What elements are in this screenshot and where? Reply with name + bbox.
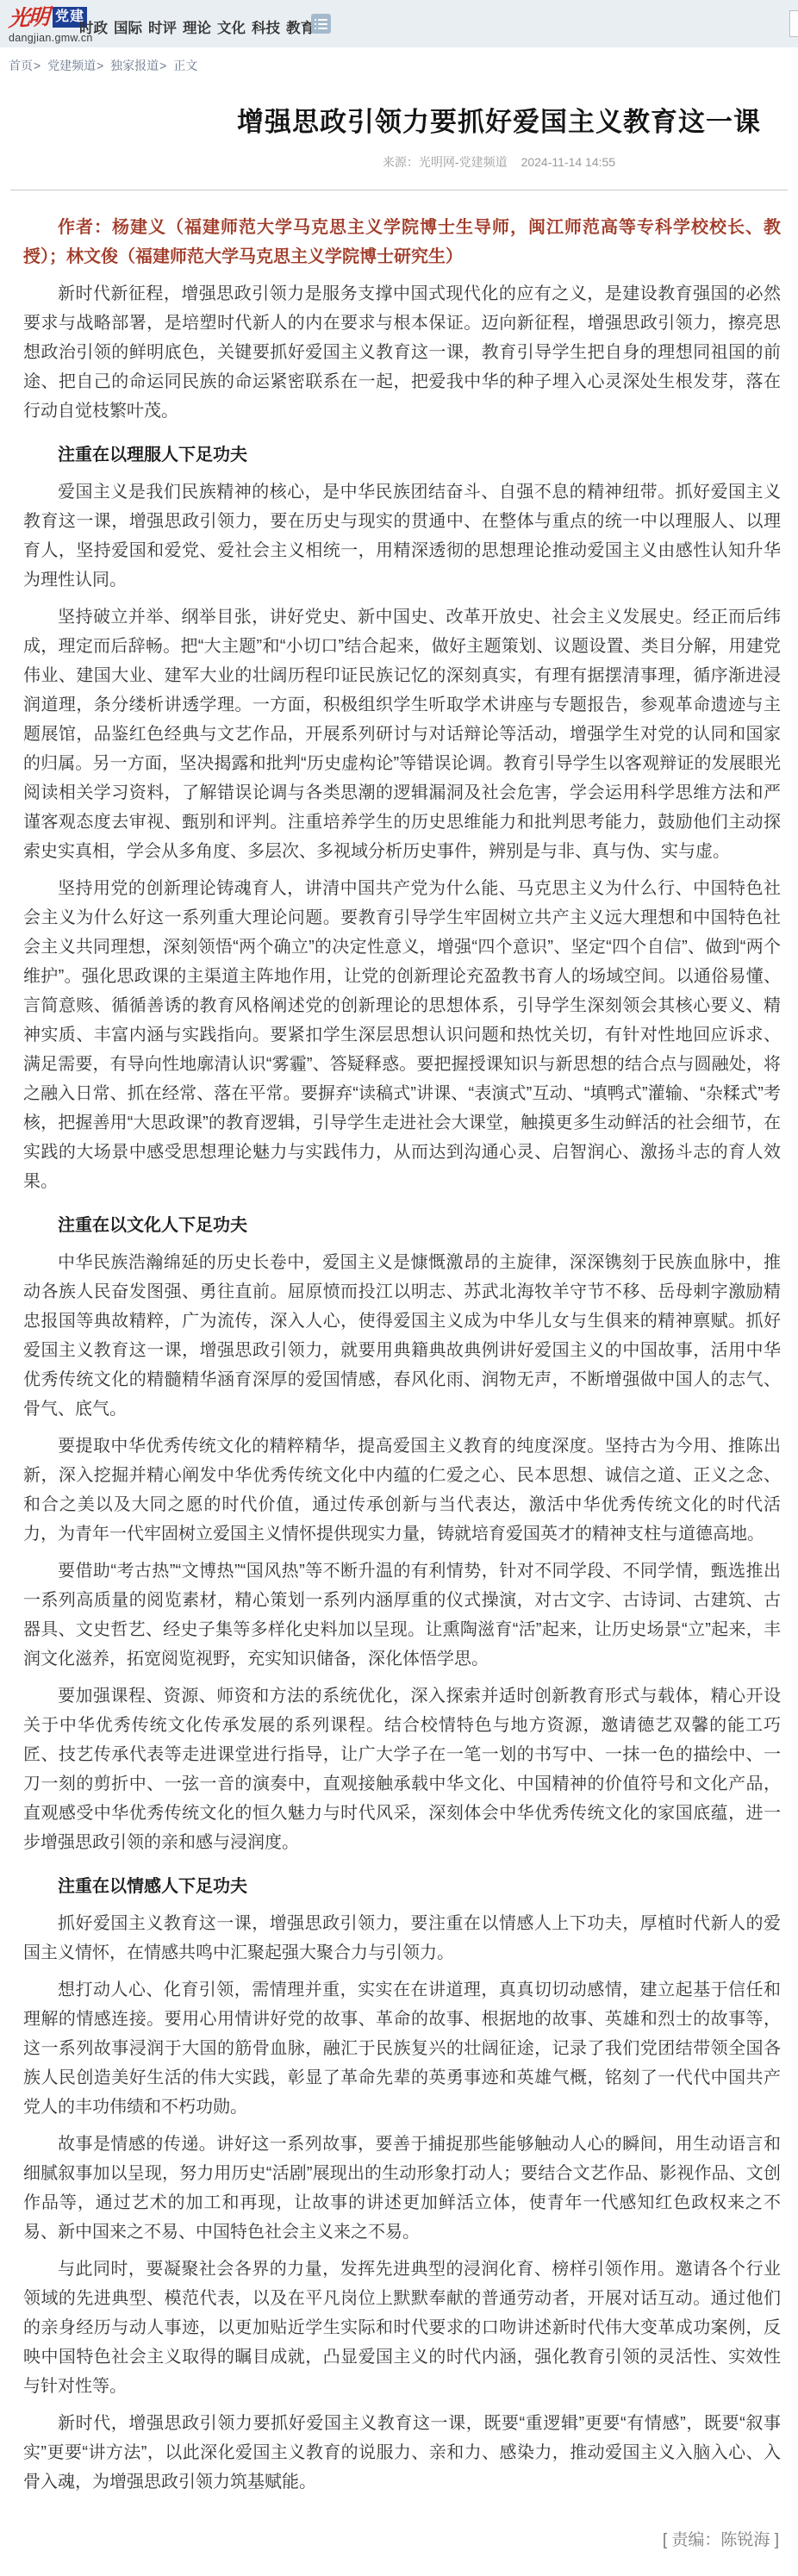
nav-item-理论[interactable]: 理论 [183, 16, 211, 37]
article-paragraph: 与此同时，要凝聚社会各界的力量，发挥先进典型的浸润化育、榜样引领作用。邀请各个行… [23, 2255, 781, 2401]
list-menu-icon[interactable] [311, 14, 331, 34]
section-heading: 注重在以情感人下足功夫 [23, 1872, 781, 1901]
article-paragraph: 故事是情感的传递。讲好这一系列故事，要善于捕捉那些能够触动人心的瞬间，用生动语言… [23, 2130, 781, 2247]
article-paragraph: 中华民族浩瀚绵延的历史长卷中，爱国主义是慷慨激昂的主旋律，深深镌刻于民族血脉中，… [23, 1248, 781, 1424]
section-heading: 注重在以理服人下足功夫 [23, 440, 781, 470]
nav-item-国际[interactable]: 国际 [114, 16, 142, 37]
editor-credit: [ 责编：陈锐海 ] [0, 2504, 798, 2576]
breadcrumb-item[interactable]: 党建频道 [47, 59, 96, 72]
article-paragraph: 坚持破立并举、纲举目张，讲好党史、新中国史、改革开放史、社会主义发展史。经正而后… [23, 602, 781, 866]
site-header: 光明 党建 dangjian.gmw.cn 时政国际时评理论文化科技教育 [0, 0, 798, 47]
breadcrumb: 首页> 党建频道> 独家报道> 正文 [0, 47, 798, 83]
article-paragraph: 抓好爱国主义教育这一课，增强思政引领力，要注重在以情感人上下功夫，厚植时代新人的… [23, 1909, 781, 1968]
article-body: 作者：杨建义（福建师范大学马克思主义学院博士生导师，闽江师范高等专科学校校长、教… [0, 190, 798, 2497]
article-paragraph: 要加强课程、资源、师资和方法的系统优化，深入探索并适时创新教育形式与载体，精心开… [23, 1681, 781, 1857]
article-paragraph: 新时代，增强思政引领力要抓好爱国主义教育这一课，既要“重逻辑”更要“有情感”，既… [23, 2409, 781, 2497]
article-title: 增强思政引领力要抓好爱国主义教育这一课 [200, 105, 798, 140]
nav-item-时评[interactable]: 时评 [148, 16, 177, 37]
article-paragraph: 坚持用党的创新理论铸魂育人，讲清中国共产党为什么能、马克思主义为什么行、中国特色… [23, 874, 781, 1196]
nav-item-时政[interactable]: 时政 [79, 16, 108, 37]
article-datetime: 2024-11-14 14:55 [521, 155, 616, 169]
breadcrumb-item: 正文 [173, 59, 197, 72]
article-paragraph: 要借助“考古热”“文博热”“国风热”等不断升温的有利情势，针对不同学段、不同学情… [23, 1556, 781, 1674]
nav-item-科技[interactable]: 科技 [252, 16, 280, 37]
article-paragraph: 爱国主义是我们民族精神的核心，是中华民族团结奋斗、自强不息的精神纽带。抓好爱国主… [23, 477, 781, 595]
nav-item-文化[interactable]: 文化 [217, 16, 246, 37]
guangming-logo-icon: 光明 [8, 5, 48, 29]
main-nav: 时政国际时评理论文化科技教育 [79, 16, 315, 37]
article-paragraph: 新时代新征程，增强思政引领力是服务支撑中国式现代化的应有之义，是建设教育强国的必… [23, 279, 781, 426]
breadcrumb-separator: > [97, 59, 107, 72]
author-line: 作者：杨建义（福建师范大学马克思主义学院博士生导师，闽江师范高等专科学校校长、教… [23, 213, 781, 271]
article-head: 增强思政引领力要抓好爱国主义教育这一课 来源：光明网-党建频道2024-11-1… [0, 105, 798, 171]
search-input[interactable] [789, 10, 798, 37]
article: 增强思政引领力要抓好爱国主义教育这一课 来源：光明网-党建频道2024-11-1… [0, 105, 798, 2576]
article-paragraph: 要提取中华优秀传统文化的精粹精华，提高爱国主义教育的纯度深度。坚持古为今用、推陈… [23, 1431, 781, 1549]
breadcrumb-separator: > [159, 59, 170, 72]
section-heading: 注重在以文化人下足功夫 [23, 1211, 781, 1240]
article-meta: 来源：光明网-党建频道2024-11-14 14:55 [200, 153, 798, 171]
breadcrumb-item[interactable]: 独家报道 [110, 59, 159, 72]
article-paragraph: 想打动人心、化育引领，需情理并重，实实在在讲道理，真真切切动感情，建立起基于信任… [23, 1975, 781, 2122]
breadcrumb-item[interactable]: 首页 [9, 59, 33, 72]
breadcrumb-separator: > [34, 59, 44, 72]
page: 光明 党建 dangjian.gmw.cn 时政国际时评理论文化科技教育 首页>… [0, 0, 798, 2576]
article-source: 来源：光明网-党建频道 [383, 155, 508, 169]
